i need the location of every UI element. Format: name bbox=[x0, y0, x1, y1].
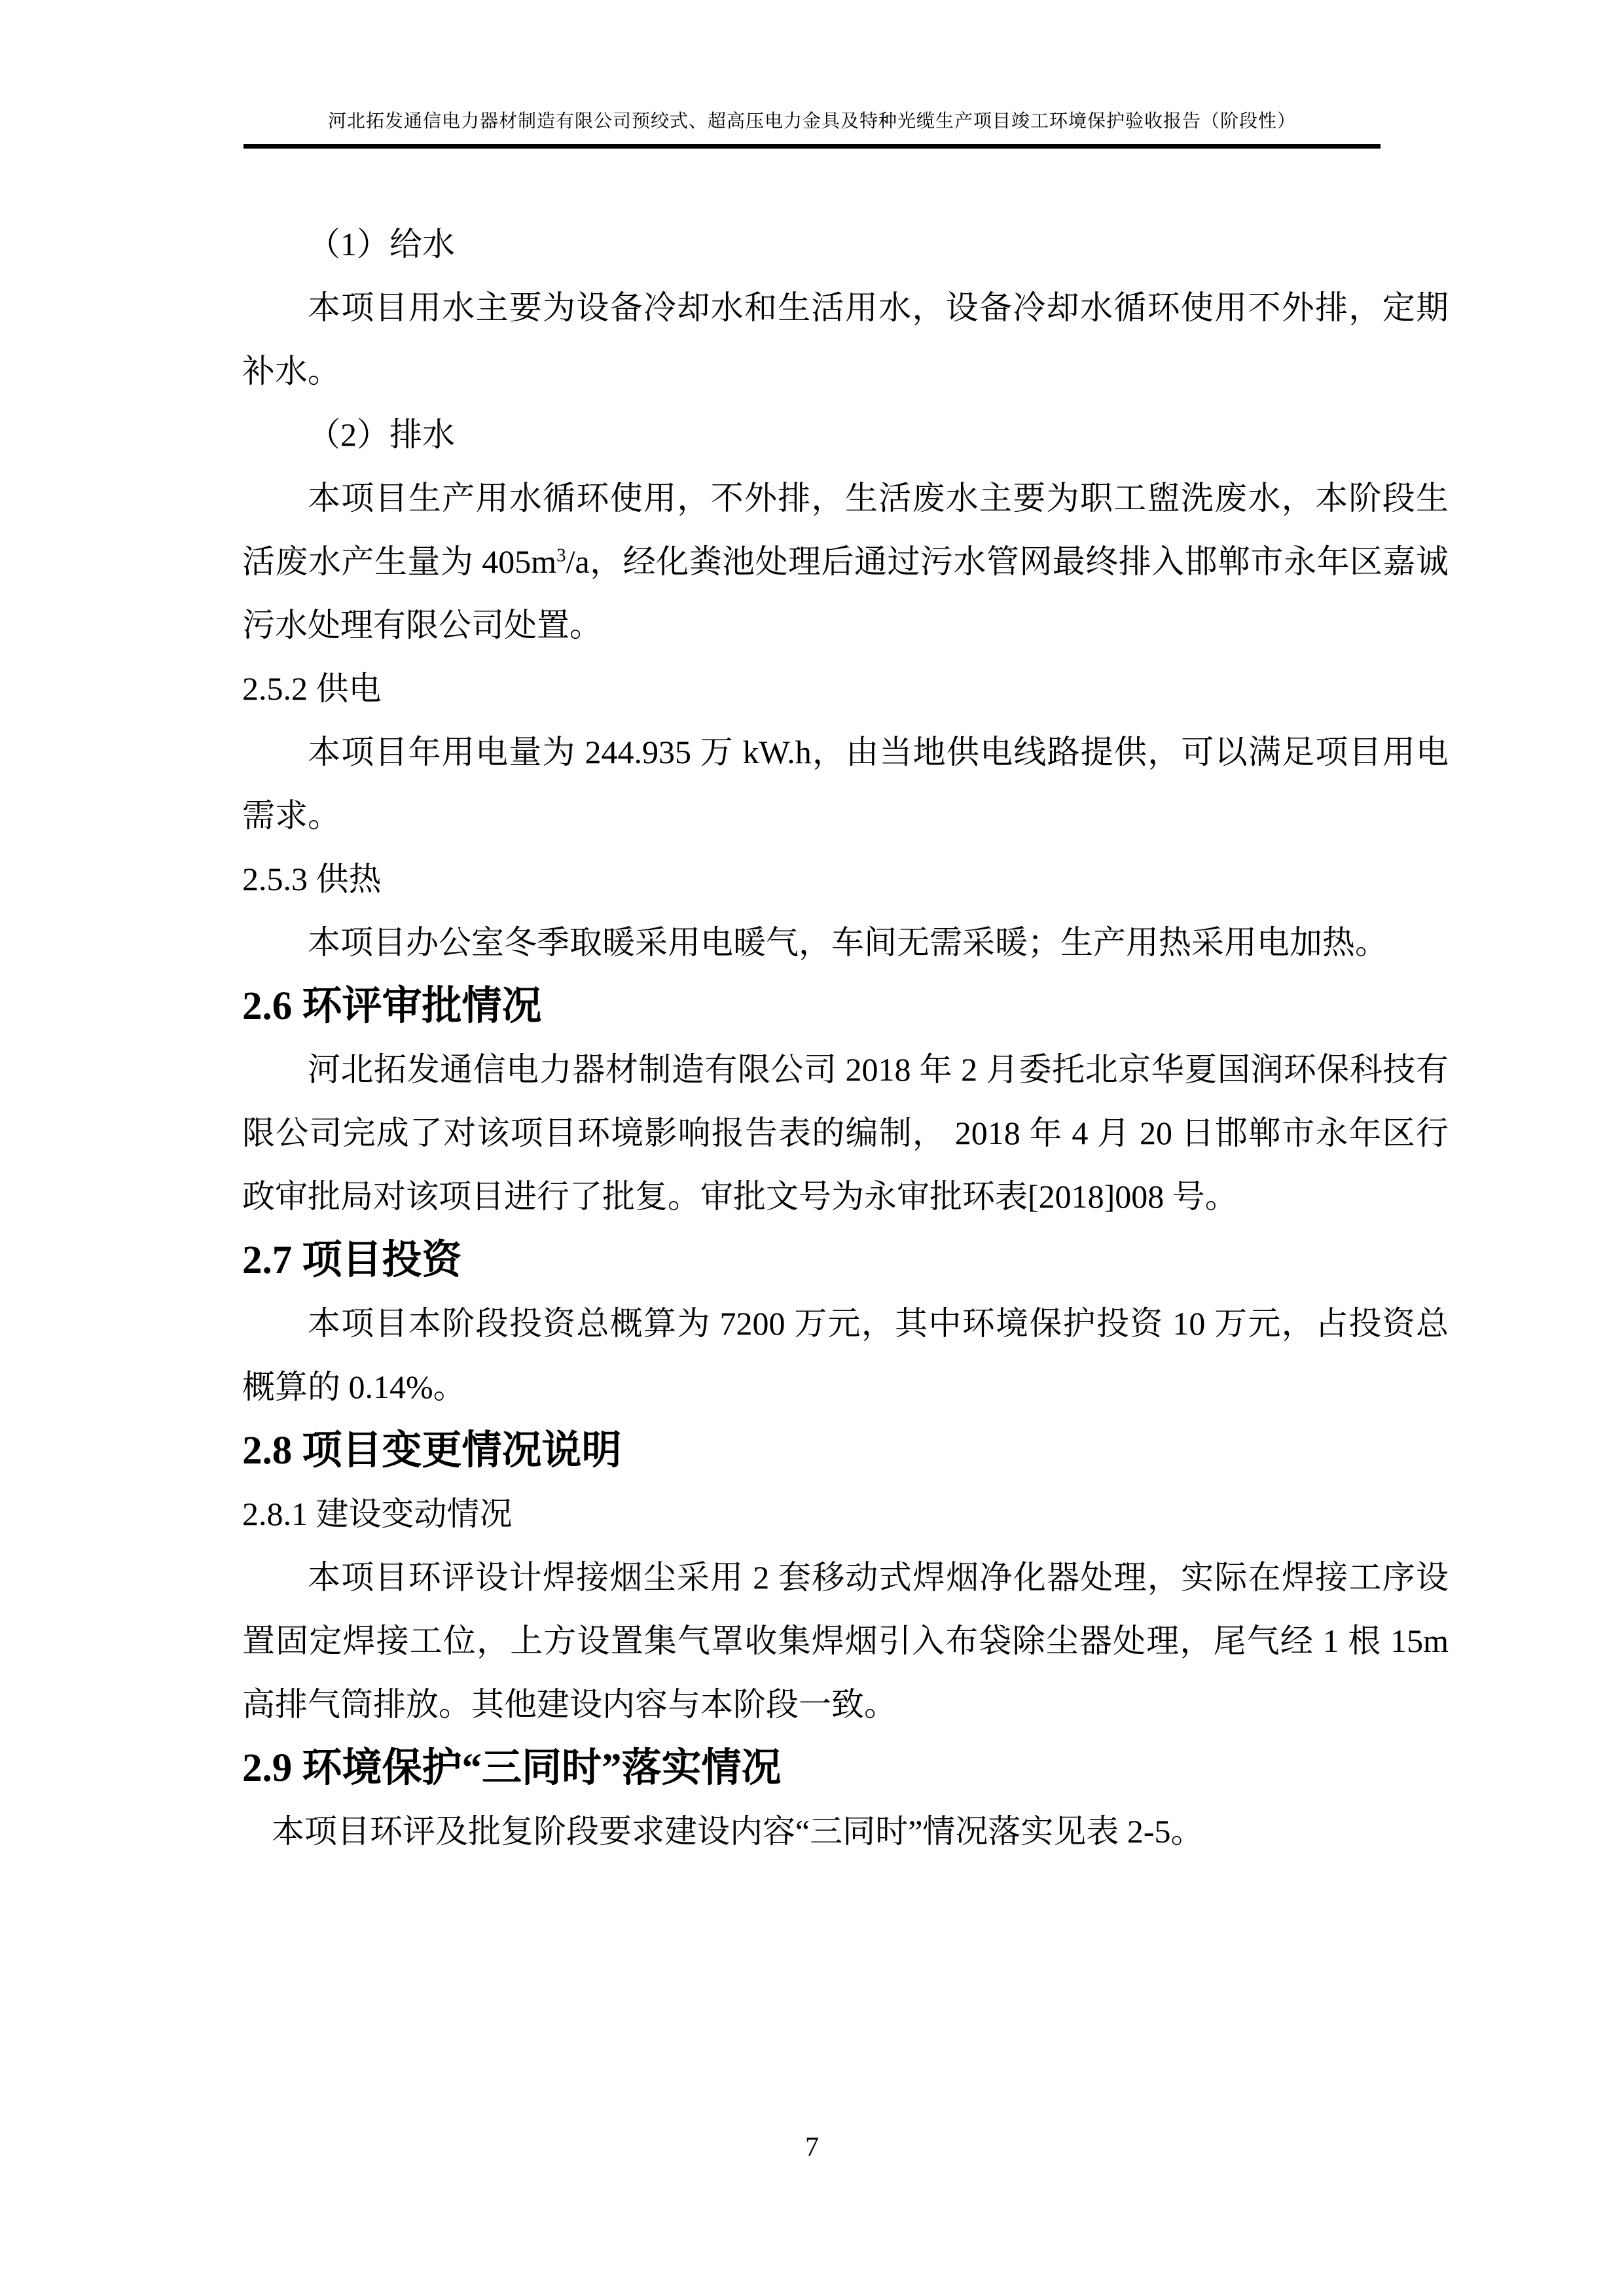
section-2-9-heading: 2.9 环境保护“三同时”落实情况 bbox=[242, 1736, 1449, 1800]
section-2-8-heading: 2.8 项目变更情况说明 bbox=[242, 1419, 1449, 1482]
document-page: 河北拓发通信电力器材制造有限公司预绞式、超高压电力金具及特种光缆生产项目竣工环境… bbox=[0, 0, 1624, 2296]
heat-paragraph: 本项目办公室冬季取暖采用电暖气，车间无需采暖；生产用热采用电加热。 bbox=[242, 911, 1449, 975]
page-number: 7 bbox=[0, 2134, 1624, 2161]
section-2-8-1-heading: 2.8.1 建设变动情况 bbox=[242, 1482, 1449, 1546]
eia-approval-paragraph: 河北拓发通信电力器材制造有限公司 2018 年 2 月委托北京华夏国润环保科技有… bbox=[242, 1038, 1449, 1229]
running-header-title: 河北拓发通信电力器材制造有限公司预绞式、超高压电力金具及特种光缆生产项目竣工环境… bbox=[244, 109, 1380, 135]
section-2-7-heading: 2.7 项目投资 bbox=[242, 1229, 1449, 1292]
drainage-label: （2）排水 bbox=[242, 403, 1449, 467]
document-body: （1）给水 本项目用水主要为设备冷却水和生活用水，设备冷却水循环使用不外排，定期… bbox=[242, 149, 1449, 1863]
section-2-5-3-heading: 2.5.3 供热 bbox=[242, 848, 1449, 911]
section-2-5-2-heading: 2.5.2 供电 bbox=[242, 657, 1449, 721]
running-header: 河北拓发通信电力器材制造有限公司预绞式、超高压电力金具及特种光缆生产项目竣工环境… bbox=[244, 0, 1380, 149]
power-paragraph: 本项目年用电量为 244.935 万 kW.h，由当地供电线路提供，可以满足项目… bbox=[242, 721, 1449, 848]
water-supply-paragraph: 本项目用水主要为设备冷却水和生活用水，设备冷却水循环使用不外排，定期补水。 bbox=[242, 276, 1449, 403]
three-simultaneous-paragraph: 本项目环评及批复阶段要求建设内容“三同时”情况落实见表 2-5。 bbox=[242, 1800, 1449, 1863]
cubic-meter-superscript: 3 bbox=[556, 545, 566, 565]
water-supply-label: （1）给水 bbox=[242, 213, 1449, 276]
drainage-paragraph: 本项目生产用水循环使用，不外排，生活废水主要为职工盥洗废水，本阶段生活废水产生量… bbox=[242, 467, 1449, 657]
investment-paragraph: 本项目本阶段投资总概算为 7200 万元，其中环境保护投资 10 万元，占投资总… bbox=[242, 1292, 1449, 1419]
section-2-6-heading: 2.6 环评审批情况 bbox=[242, 975, 1449, 1038]
header-rule bbox=[244, 144, 1380, 149]
construction-change-paragraph: 本项目环评设计焊接烟尘采用 2 套移动式焊烟净化器处理，实际在焊接工序设置固定焊… bbox=[242, 1546, 1449, 1736]
